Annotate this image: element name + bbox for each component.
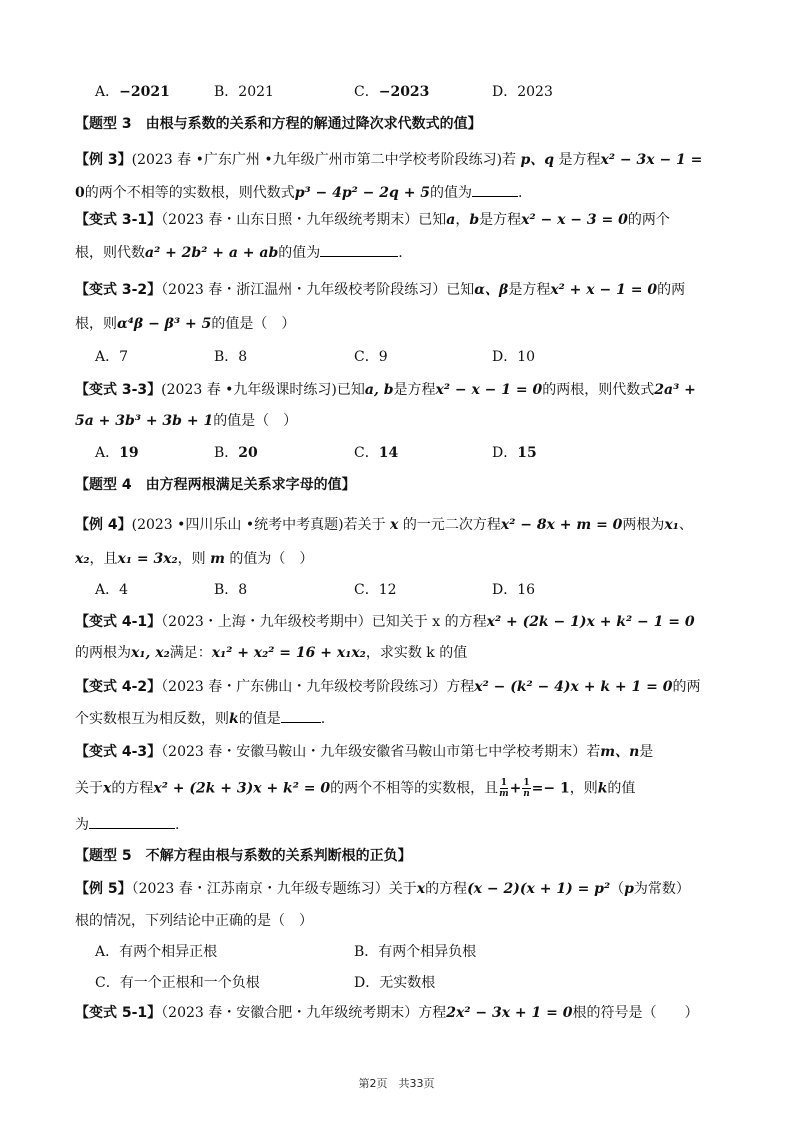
question-tag: 【变式 3-1】 bbox=[75, 212, 161, 228]
example4-line2: x₂，且x₁ = 3x₂，则 m 的值为（ ） bbox=[75, 549, 313, 569]
option-a: A．4 bbox=[95, 580, 128, 600]
example4-line1: 【例 4】(2023 •四川乐山 •统考中考真题)若关于 x 的一元二次方程x²… bbox=[75, 515, 693, 535]
variant3-3-line1: 【变式 3-3】(2023 春 •九年级课时练习)已知a, b是方程x² − x… bbox=[75, 380, 696, 400]
answer-blank[interactable] bbox=[89, 814, 175, 829]
option-c: C．有一个正根和一个负根 bbox=[95, 973, 260, 993]
option-a: A．7 bbox=[95, 347, 128, 367]
example5-line1: 【例 5】（2023 春・江苏南京・九年级专题练习）关于x的方程(x − 2)(… bbox=[75, 879, 690, 899]
option-a: A．−2021 bbox=[95, 82, 170, 102]
example3-line1: 【例 3】(2023 春 •广东广州 •九年级广州市第二中学校考阶段练习)若 p… bbox=[75, 150, 702, 170]
question-tag: 【变式 4-2】 bbox=[75, 679, 161, 695]
option-d: D．15 bbox=[492, 443, 537, 463]
variant5-1-line1: 【变式 5-1】（2023 春・安徽合肥・九年级统考期末）方程2x² − 3x … bbox=[75, 1003, 698, 1023]
question-tag: 【变式 4-3】 bbox=[75, 744, 161, 760]
option-b: B．8 bbox=[214, 347, 247, 367]
question-tag: 【例 4】 bbox=[75, 517, 132, 533]
variant3-2-line2: 根，则α⁴β − β³ + 5的值是（ ） bbox=[75, 314, 295, 334]
question-tag: 【变式 4-1】 bbox=[75, 614, 161, 630]
option-d: D．2023 bbox=[492, 82, 553, 102]
option-d: D．16 bbox=[492, 580, 535, 600]
option-d: D．10 bbox=[492, 347, 535, 367]
variant4-2-line1: 【变式 4-2】（2023 春・广东佛山・九年级校考阶段练习）方程x² − (k… bbox=[75, 677, 700, 697]
document-page: A．−2021 B．2021 C．−2023 D．2023 【题型 3 由根与系… bbox=[0, 0, 793, 1122]
variant4-3-line3: 为. bbox=[75, 814, 179, 835]
option-b: B．20 bbox=[214, 443, 258, 463]
option-b: B．2021 bbox=[214, 82, 274, 102]
question-tag: 【例 3】 bbox=[75, 152, 132, 168]
section-heading-type3: 【题型 3 由根与系数的关系和方程的解通过降次求代数式的值】 bbox=[75, 114, 482, 134]
variant4-1-line2: 的两根为x₁, x₂满足：x₁² + x₂² = 16 + x₁x₂，求实数 k… bbox=[75, 643, 467, 663]
option-b: B．有两个相异负根 bbox=[354, 942, 476, 962]
question-tag: 【例 5】 bbox=[75, 881, 132, 897]
question-tag: 【变式 3-2】 bbox=[75, 282, 161, 298]
section-heading-type5: 【题型 5 不解方程由根与系数的关系判断根的正负】 bbox=[75, 846, 412, 866]
variant4-2-line2: 个实数根互为相反数，则k的值是. bbox=[75, 708, 325, 729]
fraction-1-over-m: 1m bbox=[499, 778, 509, 799]
option-b: B．8 bbox=[214, 580, 247, 600]
example3-line2: 0的两个不相等的实数根，则代数式p³ − 4p² − 2q + 5的值为. bbox=[75, 182, 523, 203]
option-c: C．12 bbox=[354, 580, 397, 600]
answer-blank[interactable] bbox=[320, 242, 398, 257]
variant4-1-line1: 【变式 4-1】（2023・上海・九年级校考期中）已知关于 x 的方程x² + … bbox=[75, 612, 695, 632]
option-a: A．19 bbox=[95, 443, 139, 463]
example5-line2: 根的情况，下列结论中正确的是（ ） bbox=[75, 911, 313, 931]
variant3-1-line1: 【变式 3-1】（2023 春・山东日照・九年级统考期末）已知a，b是方程x² … bbox=[75, 210, 670, 230]
option-c: C．9 bbox=[354, 347, 388, 367]
variant4-3-line2: 关于x的方程x² + (2k + 3)x + k² = 0的两个不相等的实数根，… bbox=[75, 778, 635, 799]
variant3-1-line2: 根，则代数a² + 2b² + a + ab的值为. bbox=[75, 242, 403, 263]
option-c: C．−2023 bbox=[354, 82, 429, 102]
answer-blank[interactable] bbox=[281, 708, 321, 723]
option-c: C．14 bbox=[354, 443, 398, 463]
option-d: D．无实数根 bbox=[354, 973, 435, 993]
section-heading-type4: 【题型 4 由方程两根满足关系求字母的值】 bbox=[75, 475, 356, 495]
variant3-3-line2: 5a + 3b³ + 3b + 1的值是（ ） bbox=[75, 411, 297, 431]
page-footer: 第2页 共33页 bbox=[0, 1075, 793, 1091]
answer-blank[interactable] bbox=[472, 182, 518, 197]
fraction-1-over-n: 1n bbox=[522, 778, 530, 799]
question-tag: 【变式 3-3】 bbox=[75, 382, 161, 398]
option-a: A．有两个相异正根 bbox=[95, 942, 217, 962]
variant4-3-line1: 【变式 4-3】（2023 春・安徽马鞍山・九年级安徽省马鞍山市第七中学校考期末… bbox=[75, 742, 653, 762]
variant3-2-line1: 【变式 3-2】（2023 春・浙江温州・九年级校考阶段练习）已知α、β是方程x… bbox=[75, 280, 685, 300]
question-tag: 【变式 5-1】 bbox=[75, 1005, 161, 1021]
